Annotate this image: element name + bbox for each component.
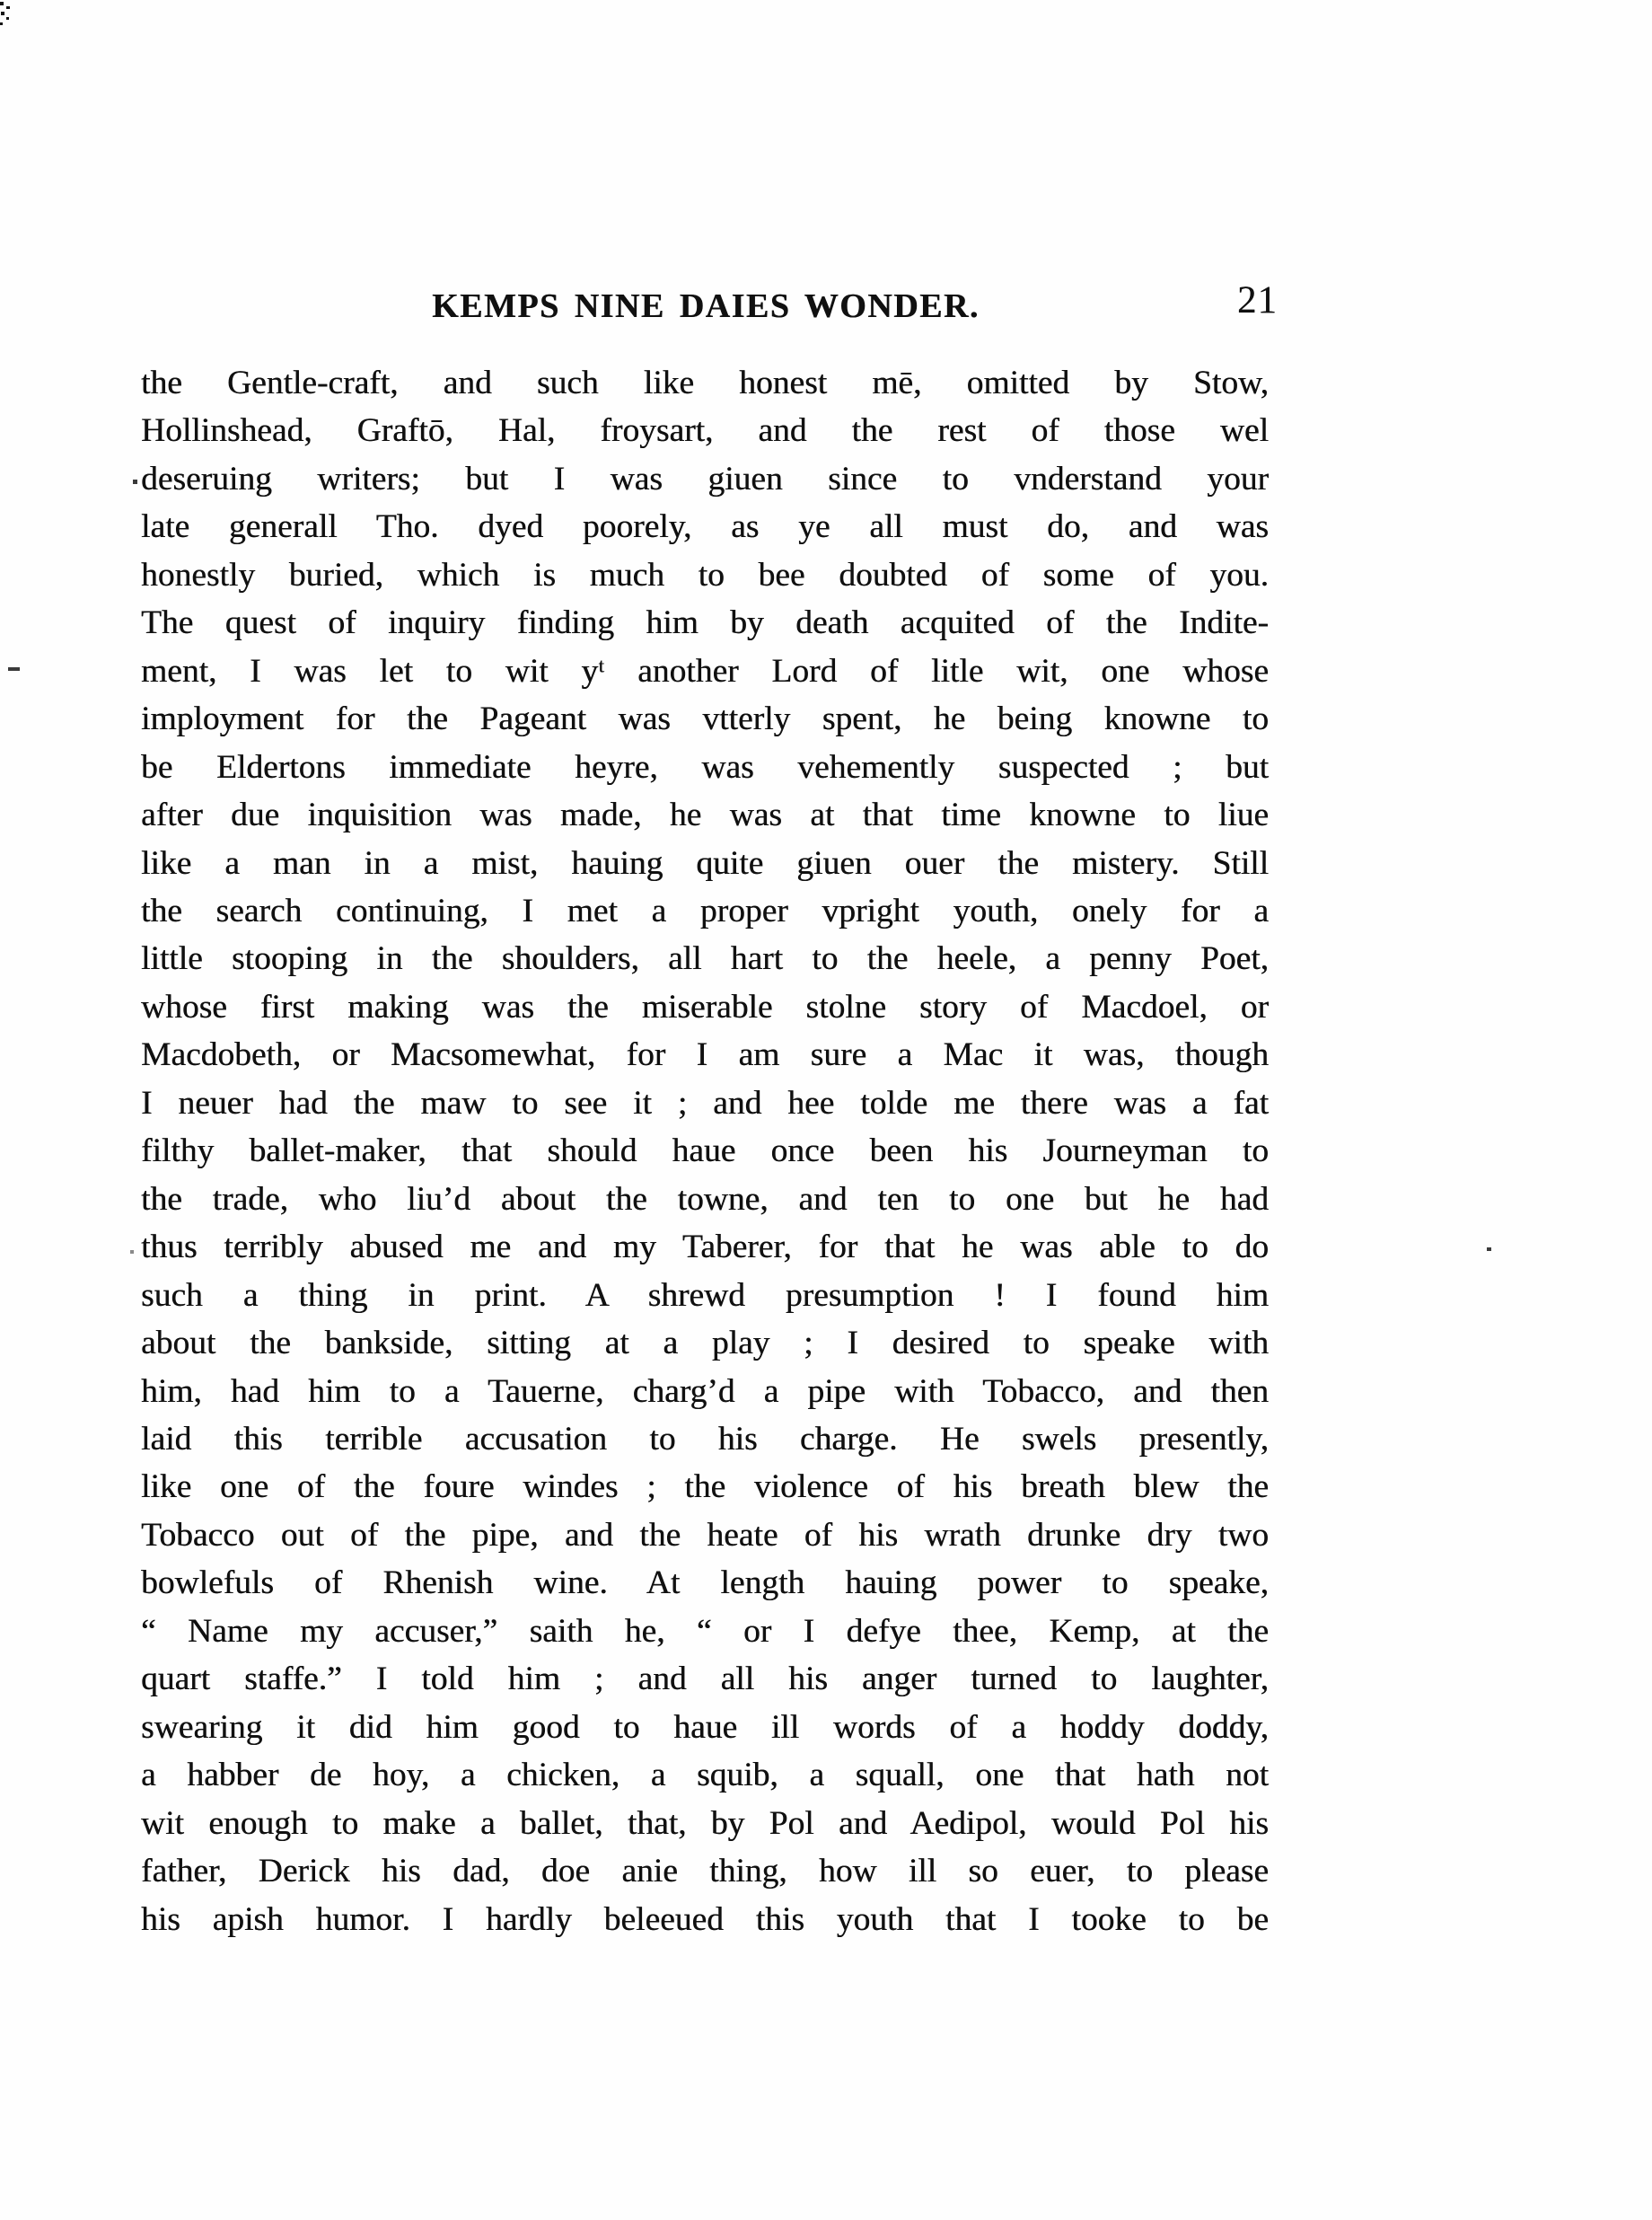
text-line: bowlefuls of Rhenish wine. At length hau… [141, 1559, 1269, 1607]
text-line: like a man in a mist, hauing quite giuen… [141, 840, 1269, 887]
text-line: after due inquisition was made, he was a… [141, 791, 1269, 839]
text-line: filthy ballet-maker, that should haue on… [141, 1127, 1269, 1175]
text-line: laid this terrible accusation to his cha… [141, 1415, 1269, 1463]
text-line: his apish humor. I hardly beleeued this … [141, 1896, 1269, 1943]
text-line: such a thing in print. A shrewd presumpt… [141, 1272, 1269, 1319]
text-line: the Gentle-craft, and such like honest m… [141, 359, 1269, 407]
text-line: whose first making was the miserable sto… [141, 983, 1269, 1031]
text-line: deseruing writers; but I was giuen since… [141, 455, 1269, 503]
text-line: quart staffe.” I told him ; and all his … [141, 1655, 1269, 1703]
text-line: Hollinshead, Graftō, Hal, froysart, and … [141, 407, 1269, 454]
text-line: him, had him to a Tauerne, charg’d a pip… [141, 1368, 1269, 1415]
text-line: ment, I was let to wit yᵗ another Lord o… [141, 647, 1269, 695]
book-page: KEMPS NINE DAIES WONDER. 21 the Gentle-c… [0, 0, 1652, 2220]
page-number: 21 [1237, 281, 1278, 320]
text-line: Tobacco out of the pipe, and the heate o… [141, 1511, 1269, 1559]
scan-speck [6, 6, 10, 9]
running-head-title: KEMPS NINE DAIES WONDER. [141, 289, 1270, 323]
scan-speck [0, 2, 4, 5]
text-line: imployment for the Pageant was vtterly s… [141, 695, 1269, 743]
scan-speck [1487, 1247, 1491, 1251]
text-line: The quest of inquiry finding him by deat… [141, 599, 1269, 647]
scan-speck [130, 1250, 134, 1254]
text-line: late generall Tho. dyed poorely, as ye a… [141, 503, 1269, 551]
text-line: about the bankside, sitting at a play ; … [141, 1319, 1269, 1367]
text-line: father, Derick his dad, doe anie thing, … [141, 1847, 1269, 1895]
text-line: like one of the foure windes ; the viole… [141, 1463, 1269, 1511]
text-line: “ Name my accuser,” saith he, “ or I def… [141, 1608, 1269, 1655]
body-text: the Gentle-craft, and such like honest m… [141, 359, 1269, 1943]
running-head: KEMPS NINE DAIES WONDER. 21 [141, 289, 1270, 334]
text-line: be Eldertons immediate heyre, was veheme… [141, 744, 1269, 791]
text-line: Macdobeth, or Macsomewhat, for I am sure… [141, 1031, 1269, 1079]
text-line: swearing it did him good to haue ill wor… [141, 1704, 1269, 1751]
text-line: a habber de hoy, a chicken, a squib, a s… [141, 1751, 1269, 1799]
scan-speck [1, 12, 4, 15]
text-line: honestly buried, which is much to bee do… [141, 551, 1269, 599]
text-line: the trade, who liu’d about the towne, an… [141, 1176, 1269, 1223]
scan-speck [133, 480, 137, 484]
text-line: thus terribly abused me and my Taberer, … [141, 1223, 1269, 1271]
text-line: little stooping in the shoulders, all ha… [141, 935, 1269, 982]
scan-speck [0, 22, 3, 25]
text-line: the search continuing, I met a proper vp… [141, 887, 1269, 935]
text-line: wit enough to make a ballet, that, by Po… [141, 1800, 1269, 1847]
scan-speck [6, 17, 9, 20]
scan-speck [8, 667, 20, 671]
text-line: I neuer had the maw to see it ; and hee … [141, 1079, 1269, 1127]
